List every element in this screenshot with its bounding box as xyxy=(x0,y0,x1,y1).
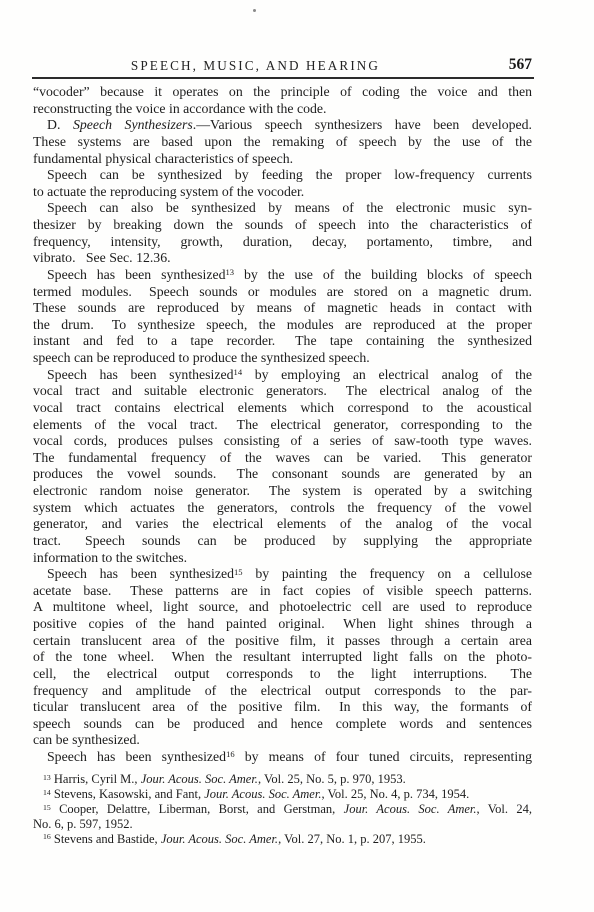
footnote: 15 Cooper, Delattre, Liberman, Borst, an… xyxy=(33,802,532,832)
text-line: speech can be reproduced to produce the … xyxy=(33,350,532,367)
text-line: ticular translucent area of the positive… xyxy=(33,699,532,716)
text-line: A multitone wheel, light source, and pho… xyxy=(33,599,532,616)
text-line: produces the vowel sounds. The consonant… xyxy=(33,466,532,483)
text-segment: Speech has been synthesized xyxy=(47,566,234,581)
text-line: Speech has been synthesized15 by paintin… xyxy=(33,566,532,583)
footnote-reference: 14 xyxy=(234,367,243,377)
footnote-reference: 15 xyxy=(234,567,243,577)
text-line: These sounds are reproduced by means of … xyxy=(33,300,532,317)
text-segment: positive copies of the hand painted orig… xyxy=(33,616,532,631)
text-line: Speech has been synthesized13 by the use… xyxy=(33,267,532,284)
text-segment: vocal tract and suitable electronic gene… xyxy=(33,383,532,398)
text-segment: reconstructing the voice in accordance w… xyxy=(33,101,326,116)
text-segment: vibrato. See Sec. 12.36. xyxy=(33,250,171,265)
text-segment: Speech has been synthesized xyxy=(47,367,234,382)
text-line: electronic random noise generator. The s… xyxy=(33,483,532,500)
text-line: Speech has been synthesized14 by employi… xyxy=(33,367,532,384)
footnote-reference: 16 xyxy=(226,749,235,759)
footnote-reference: 16 xyxy=(43,832,51,841)
text-line: Speech can also be synthesized by means … xyxy=(33,200,532,217)
text-segment: produces the vowel sounds. The consonant… xyxy=(33,466,532,481)
text-segment: thesizer by breaking down the sounds of … xyxy=(33,217,532,232)
italic-text: Jour. Acous. Soc. Amer. xyxy=(204,787,321,801)
text-line: vocal cords, produces pulses consisting … xyxy=(33,433,532,450)
footnote: 16 Stevens and Bastide, Jour. Acous. Soc… xyxy=(33,832,532,847)
text-segment: fundamental physical characteristics of … xyxy=(33,151,293,166)
paragraph: Speech can be synthesized by feeding the… xyxy=(33,167,532,200)
text-line: 15 Cooper, Delattre, Liberman, Borst, an… xyxy=(33,802,532,817)
running-head: SPEECH, MUSIC, AND HEARING 567 xyxy=(33,57,534,75)
text-segment: Stevens, Kasowski, and Fant, xyxy=(51,787,204,801)
text-line: thesizer by breaking down the sounds of … xyxy=(33,217,532,234)
text-line: fundamental physical characteristics of … xyxy=(33,151,532,168)
footnote: 14 Stevens, Kasowski, and Fant, Jour. Ac… xyxy=(33,787,532,802)
text-segment: , Vol. 25, No. 5, p. 970, 1953. xyxy=(258,772,406,786)
paragraph: “vocoder” because it operates on the pri… xyxy=(33,84,532,117)
text-segment: instant and fed to a tape recorder. The … xyxy=(33,333,532,348)
text-segment: These systems are based upon the remakin… xyxy=(33,134,532,149)
footnotes: 13 Harris, Cyril M., Jour. Acous. Soc. A… xyxy=(33,772,532,847)
text-segment: by the use of the building blocks of spe… xyxy=(234,267,532,282)
text-segment: generator, and varies the electrical ele… xyxy=(33,516,532,531)
text-line: the drum. To synthesize speech, the modu… xyxy=(33,317,532,334)
text-segment: can be synthesized. xyxy=(33,732,140,747)
footnote: 13 Harris, Cyril M., Jour. Acous. Soc. A… xyxy=(33,772,532,787)
text-segment: Cooper, Delattre, Liberman, Borst, and G… xyxy=(51,802,344,816)
text-line: “vocoder” because it operates on the pri… xyxy=(33,84,532,101)
text-line: of the tone wheel. When the resultant in… xyxy=(33,649,532,666)
text-segment: cell, the electrical output corresponds … xyxy=(33,666,532,681)
text-line: These systems are based upon the remakin… xyxy=(33,134,532,151)
text-line: positive copies of the hand painted orig… xyxy=(33,616,532,633)
text-segment: vocal tract contains electrical elements… xyxy=(33,400,532,415)
italic-text: Jour. Acous. Soc. Amer. xyxy=(161,832,278,846)
paragraph: D. Speech Synthesizers.—Various speech s… xyxy=(33,117,532,167)
text-segment: tract. Speech sounds can be produced by … xyxy=(33,533,532,548)
text-line: information to the switches. xyxy=(33,550,532,567)
footnote-reference: 14 xyxy=(43,788,51,797)
text-segment: Speech can also be synthesized by means … xyxy=(47,200,532,215)
text-segment: “vocoder” because it operates on the pri… xyxy=(33,84,532,99)
text-segment: Speech has been synthesized xyxy=(47,267,226,282)
text-segment: acetate base. These patterns are in fact… xyxy=(33,583,532,598)
text-line: 13 Harris, Cyril M., Jour. Acous. Soc. A… xyxy=(33,772,532,787)
text-segment: .—Various speech synthesizers have been … xyxy=(193,117,532,132)
text-segment: elements of the vocal tract. The electri… xyxy=(33,417,532,432)
text-segment: by painting the frequency on a cellulose xyxy=(243,566,532,581)
text-line: reconstructing the voice in accordance w… xyxy=(33,101,532,118)
text-segment: , Vol. 24, xyxy=(477,802,532,816)
text-segment: information to the switches. xyxy=(33,550,187,565)
text-segment: ticular translucent area of the positive… xyxy=(33,699,532,714)
text-segment: Harris, Cyril M., xyxy=(51,772,141,786)
text-segment: D. xyxy=(47,117,73,132)
header-rule xyxy=(32,77,534,79)
text-segment: by employing an electrical analog of the xyxy=(242,367,532,382)
text-segment: A multitone wheel, light source, and pho… xyxy=(33,599,532,614)
footnote-reference: 13 xyxy=(226,267,235,277)
text-line: No. 6, p. 597, 1952. xyxy=(33,817,532,832)
text-line: 16 Stevens and Bastide, Jour. Acous. Soc… xyxy=(33,832,532,847)
footnote-reference: 13 xyxy=(43,773,51,782)
text-segment: frequency and amplitude of the electrica… xyxy=(33,683,532,698)
text-segment: Speech can be synthesized by feeding the… xyxy=(47,167,532,182)
text-segment: These sounds are reproduced by means of … xyxy=(33,300,532,315)
scan-speck xyxy=(253,9,256,12)
text-segment: Stevens and Bastide, xyxy=(51,832,161,846)
text-line: Speech can be synthesized by feeding the… xyxy=(33,167,532,184)
text-line: acetate base. These patterns are in fact… xyxy=(33,583,532,600)
text-segment: by means of four tuned circuits, represe… xyxy=(235,749,532,764)
text-line: cell, the electrical output corresponds … xyxy=(33,666,532,683)
page-number: 567 xyxy=(509,55,532,75)
text-segment: speech can be reproduced to produce the … xyxy=(33,350,370,365)
paragraph: Speech has been synthesized13 by the use… xyxy=(33,267,532,367)
text-segment: of the tone wheel. When the resultant in… xyxy=(33,649,532,664)
text-segment: , Vol. 27, No. 1, p. 207, 1955. xyxy=(278,832,426,846)
text-segment: , Vol. 25, No. 4, p. 734, 1954. xyxy=(321,787,469,801)
text-line: The fundamental frequency of the waves c… xyxy=(33,450,532,467)
paragraph: Speech has been synthesized16 by means o… xyxy=(33,749,532,766)
text-line: system which actuates the generators, co… xyxy=(33,500,532,517)
text-segment: frequency, intensity, growth, duration, … xyxy=(33,234,532,249)
text-line: frequency and amplitude of the electrica… xyxy=(33,683,532,700)
text-line: vibrato. See Sec. 12.36. xyxy=(33,250,532,267)
text-line: elements of the vocal tract. The electri… xyxy=(33,417,532,434)
text-line: vocal tract and suitable electronic gene… xyxy=(33,383,532,400)
text-line: tract. Speech sounds can be produced by … xyxy=(33,533,532,550)
body-text: “vocoder” because it operates on the pri… xyxy=(33,84,532,766)
text-segment: No. 6, p. 597, 1952. xyxy=(33,817,133,831)
text-line: speech sounds can be produced and hence … xyxy=(33,716,532,733)
paragraph: Speech can also be synthesized by means … xyxy=(33,200,532,267)
paragraph: Speech has been synthesized14 by employi… xyxy=(33,367,532,567)
italic-text: Jour. Acous. Soc. Amer. xyxy=(344,802,477,816)
text-line: frequency, intensity, growth, duration, … xyxy=(33,234,532,251)
italic-text: Speech Synthesizers xyxy=(73,117,193,132)
text-line: instant and fed to a tape recorder. The … xyxy=(33,333,532,350)
text-line: generator, and varies the electrical ele… xyxy=(33,516,532,533)
paragraph: Speech has been synthesized15 by paintin… xyxy=(33,566,532,749)
text-line: Speech has been synthesized16 by means o… xyxy=(33,749,532,766)
text-line: D. Speech Synthesizers.—Various speech s… xyxy=(33,117,532,134)
text-segment: The fundamental frequency of the waves c… xyxy=(33,450,532,465)
text-segment: speech sounds can be produced and hence … xyxy=(33,716,532,731)
text-line: certain translucent area of the positive… xyxy=(33,633,532,650)
text-segment: electronic random noise generator. The s… xyxy=(33,483,532,498)
text-line: 14 Stevens, Kasowski, and Fant, Jour. Ac… xyxy=(33,787,532,802)
footnote-reference: 15 xyxy=(43,803,51,812)
text-line: can be synthesized. xyxy=(33,732,532,749)
text-line: vocal tract contains electrical elements… xyxy=(33,400,532,417)
text-segment: certain translucent area of the positive… xyxy=(33,633,532,648)
italic-text: Jour. Acous. Soc. Amer. xyxy=(141,772,258,786)
text-segment: to actuate the reproducing system of the… xyxy=(33,184,304,199)
running-head-title: SPEECH, MUSIC, AND HEARING xyxy=(33,57,478,75)
text-segment: system which actuates the generators, co… xyxy=(33,500,532,515)
text-segment: vocal cords, produces pulses consisting … xyxy=(33,433,532,448)
text-line: termed modules. Speech sounds or modules… xyxy=(33,284,532,301)
text-line: to actuate the reproducing system of the… xyxy=(33,184,532,201)
book-page: SPEECH, MUSIC, AND HEARING 567 “vocoder”… xyxy=(0,0,594,912)
text-segment: the drum. To synthesize speech, the modu… xyxy=(33,317,532,332)
text-segment: Speech has been synthesized xyxy=(47,749,226,764)
text-segment: termed modules. Speech sounds or modules… xyxy=(33,284,532,299)
